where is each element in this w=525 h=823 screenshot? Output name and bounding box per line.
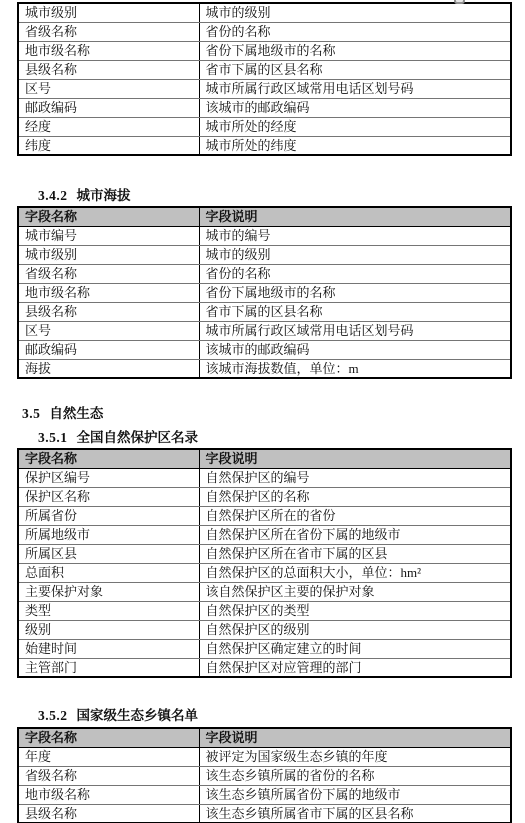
field-name-header-cell: 字段名称: [18, 207, 199, 226]
field-table-eco-townships: 字段名称 字段说明 年度被评定为国家级生态乡镇的年度省级名称该生态乡镇所属的省份…: [17, 727, 512, 823]
table-row: 城市级别城市的级别: [18, 3, 511, 22]
field-name-cell: 省级名称: [18, 22, 199, 41]
field-desc-cell: 自然保护区对应管理的部门: [199, 658, 511, 677]
field-desc-cell: 该城市的邮政编码: [199, 340, 511, 359]
field-name-cell: 省级名称: [18, 264, 199, 283]
field-desc-cell: 省份下属地级市的名称: [199, 283, 511, 302]
field-desc-cell: 自然保护区的级别: [199, 620, 511, 639]
field-desc-cell: 城市的编号: [199, 226, 511, 245]
table-row: 保护区编号自然保护区的编号: [18, 468, 511, 487]
table-row: 城市编号城市的编号: [18, 226, 511, 245]
field-name-cell: 省级名称: [18, 766, 199, 785]
field-desc-cell: 省份的名称: [199, 22, 511, 41]
field-name-cell: 县级名称: [18, 60, 199, 79]
field-table-nature-reserves: 字段名称 字段说明 保护区编号自然保护区的编号保护区名称自然保护区的名称所属省份…: [17, 448, 512, 678]
clipped-comment-icon: [454, 0, 465, 4]
table-row: 地市级名称省份下属地级市的名称: [18, 41, 511, 60]
table-row: 省级名称省份的名称: [18, 22, 511, 41]
table-row: 区号城市所属行政区域常用电话区划号码: [18, 321, 511, 340]
section-number: 3.5: [22, 405, 40, 422]
table-row: 邮政编码该城市的邮政编码: [18, 340, 511, 359]
field-name-cell: 总面积: [18, 563, 199, 582]
field-desc-cell: 城市所属行政区域常用电话区划号码: [199, 321, 511, 340]
field-desc-cell: 自然保护区的名称: [199, 487, 511, 506]
table-row: 所属区县自然保护区所在省市下属的区县: [18, 544, 511, 563]
field-name-cell: 区号: [18, 79, 199, 98]
table-row: 县级名称该生态乡镇所属省市下属的区县名称: [18, 804, 511, 823]
field-desc-cell: 自然保护区的类型: [199, 601, 511, 620]
section-title: 自然生态: [49, 406, 103, 421]
field-desc-cell: 该自然保护区主要的保护对象: [199, 582, 511, 601]
field-name-cell: 邮政编码: [18, 98, 199, 117]
table-row: 省级名称省份的名称: [18, 264, 511, 283]
field-name-cell: 级别: [18, 620, 199, 639]
field-name-cell: 经度: [18, 117, 199, 136]
table-row: 县级名称省市下属的区县名称: [18, 60, 511, 79]
field-name-cell: 城市编号: [18, 226, 199, 245]
field-desc-cell: 省份的名称: [199, 264, 511, 283]
field-name-cell: 所属区县: [18, 544, 199, 563]
field-desc-header-cell: 字段说明: [199, 207, 511, 226]
field-desc-cell: 该生态乡镇所属的省份的名称: [199, 766, 511, 785]
table-row: 经度城市所处的经度: [18, 117, 511, 136]
field-name-cell: 地市级名称: [18, 785, 199, 804]
field-name-cell: 城市级别: [18, 245, 199, 264]
section-heading-3-5: 3.5自然生态: [22, 405, 525, 422]
field-desc-cell: 自然保护区的总面积大小，单位：hm²: [199, 563, 511, 582]
field-name-cell: 保护区编号: [18, 468, 199, 487]
section-number: 3.5.1: [38, 429, 68, 446]
field-desc-cell: 该生态乡镇所属省份下属的地级市: [199, 785, 511, 804]
field-desc-cell: 被评定为国家级生态乡镇的年度: [199, 747, 511, 766]
table-row: 年度被评定为国家级生态乡镇的年度: [18, 747, 511, 766]
field-desc-cell: 城市的级别: [199, 245, 511, 264]
table-row: 纬度城市所处的纬度: [18, 136, 511, 155]
field-name-cell: 县级名称: [18, 302, 199, 321]
field-name-cell: 保护区名称: [18, 487, 199, 506]
table-header-row: 字段名称 字段说明: [18, 728, 511, 747]
field-desc-cell: 省市下属的区县名称: [199, 302, 511, 321]
field-name-header-cell: 字段名称: [18, 449, 199, 468]
field-desc-cell: 省市下属的区县名称: [199, 60, 511, 79]
table-row: 主管部门自然保护区对应管理的部门: [18, 658, 511, 677]
section-heading-3-5-1: 3.5.1全国自然保护区名录: [38, 429, 525, 446]
field-desc-cell: 城市所属行政区域常用电话区划号码: [199, 79, 511, 98]
field-name-cell: 纬度: [18, 136, 199, 155]
table-row: 总面积自然保护区的总面积大小，单位：hm²: [18, 563, 511, 582]
section-title: 全国自然保护区名录: [77, 430, 199, 445]
table-row: 区号城市所属行政区域常用电话区划号码: [18, 79, 511, 98]
field-desc-cell: 自然保护区的编号: [199, 468, 511, 487]
table-row: 保护区名称自然保护区的名称: [18, 487, 511, 506]
table-row: 县级名称省市下属的区县名称: [18, 302, 511, 321]
field-name-cell: 县级名称: [18, 804, 199, 823]
field-name-cell: 主要保护对象: [18, 582, 199, 601]
field-name-cell: 所属省份: [18, 506, 199, 525]
field-desc-cell: 该城市海拔数值，单位：m: [199, 359, 511, 378]
section-title: 城市海拔: [77, 188, 131, 203]
field-desc-cell: 该城市的邮政编码: [199, 98, 511, 117]
field-name-header-cell: 字段名称: [18, 728, 199, 747]
table-header-row: 字段名称 字段说明: [18, 207, 511, 226]
field-desc-cell: 城市所处的纬度: [199, 136, 511, 155]
section-title: 国家级生态乡镇名单: [77, 708, 199, 723]
section-heading-3-4-2: 3.4.2城市海拔: [38, 187, 525, 204]
field-desc-cell: 自然保护区所在的省份: [199, 506, 511, 525]
field-name-cell: 区号: [18, 321, 199, 340]
field-name-cell: 地市级名称: [18, 41, 199, 60]
table-row: 地市级名称该生态乡镇所属省份下属的地级市: [18, 785, 511, 804]
field-desc-header-cell: 字段说明: [199, 728, 511, 747]
field-desc-cell: 城市的级别: [199, 3, 511, 22]
field-desc-cell: 自然保护区所在省市下属的区县: [199, 544, 511, 563]
table-row: 邮政编码该城市的邮政编码: [18, 98, 511, 117]
section-heading-3-5-2: 3.5.2国家级生态乡镇名单: [38, 707, 525, 724]
section-number: 3.4.2: [38, 187, 68, 204]
field-desc-cell: 自然保护区确定建立的时间: [199, 639, 511, 658]
field-name-cell: 主管部门: [18, 658, 199, 677]
field-name-cell: 始建时间: [18, 639, 199, 658]
table-row: 城市级别城市的级别: [18, 245, 511, 264]
field-name-cell: 海拔: [18, 359, 199, 378]
table-row: 主要保护对象该自然保护区主要的保护对象: [18, 582, 511, 601]
table-row: 省级名称该生态乡镇所属的省份的名称: [18, 766, 511, 785]
field-desc-cell: 省份下属地级市的名称: [199, 41, 511, 60]
table-row: 海拔该城市海拔数值，单位：m: [18, 359, 511, 378]
field-desc-cell: 该生态乡镇所属省市下属的区县名称: [199, 804, 511, 823]
field-desc-header-cell: 字段说明: [199, 449, 511, 468]
field-name-cell: 年度: [18, 747, 199, 766]
section-number: 3.5.2: [38, 707, 68, 724]
table-header-row: 字段名称 字段说明: [18, 449, 511, 468]
table-row: 级别自然保护区的级别: [18, 620, 511, 639]
field-table-continued: 城市级别城市的级别省级名称省份的名称地市级名称省份下属地级市的名称县级名称省市下…: [17, 2, 512, 156]
field-name-cell: 所属地级市: [18, 525, 199, 544]
field-table-city-altitude: 字段名称 字段说明 城市编号城市的编号城市级别城市的级别省级名称省份的名称地市级…: [17, 206, 512, 379]
table-row: 所属省份自然保护区所在的省份: [18, 506, 511, 525]
field-name-cell: 邮政编码: [18, 340, 199, 359]
field-name-cell: 城市级别: [18, 3, 199, 22]
field-desc-cell: 城市所处的经度: [199, 117, 511, 136]
table-row: 所属地级市自然保护区所在省份下属的地级市: [18, 525, 511, 544]
field-name-cell: 地市级名称: [18, 283, 199, 302]
table-row: 地市级名称省份下属地级市的名称: [18, 283, 511, 302]
table-row: 类型自然保护区的类型: [18, 601, 511, 620]
field-desc-cell: 自然保护区所在省份下属的地级市: [199, 525, 511, 544]
table-row: 始建时间自然保护区确定建立的时间: [18, 639, 511, 658]
field-name-cell: 类型: [18, 601, 199, 620]
